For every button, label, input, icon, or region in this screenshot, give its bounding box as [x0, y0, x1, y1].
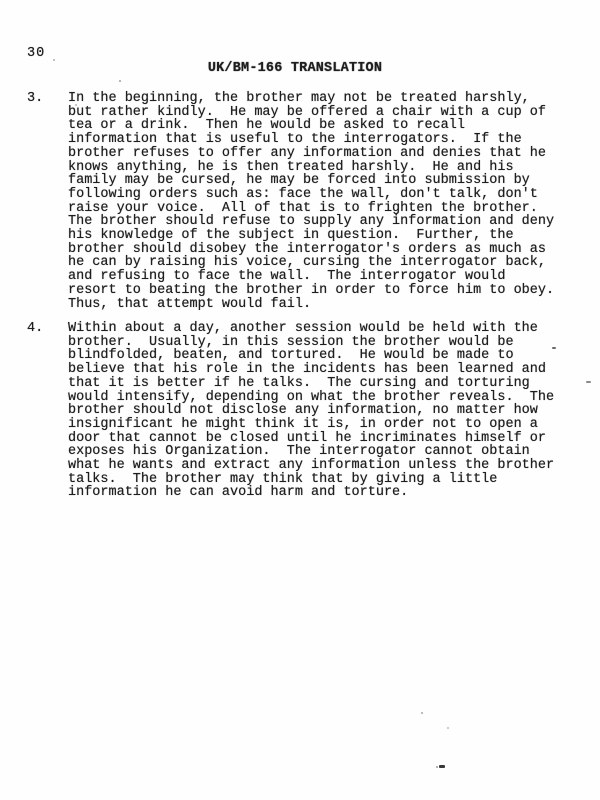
document-page: 30 UK/BM-166 TRANSLATION 3. In the begin… [0, 0, 600, 800]
scan-speck [53, 59, 55, 61]
paragraph-3: 3. In the beginning, the brother may not… [27, 92, 554, 311]
scan-speck [75, 104, 77, 106]
scan-speck [552, 347, 556, 349]
paragraph-3-text: In the beginning, the brother may not be… [68, 92, 554, 311]
paragraph-3-number: 3. [27, 92, 68, 106]
page-number: 30 [27, 46, 45, 61]
scan-speck [421, 712, 423, 714]
scan-speck [439, 765, 445, 768]
scan-speck [436, 766, 438, 768]
scan-speck [119, 80, 121, 82]
document-title: UK/BM-166 TRANSLATION [0, 61, 590, 76]
paragraph-4: 4. Within about a day, another session w… [27, 322, 554, 500]
scan-speck [586, 381, 591, 383]
paragraph-4-text: Within about a day, another session woul… [68, 322, 554, 500]
paragraph-4-number: 4. [27, 322, 68, 336]
scan-speck [447, 727, 449, 729]
